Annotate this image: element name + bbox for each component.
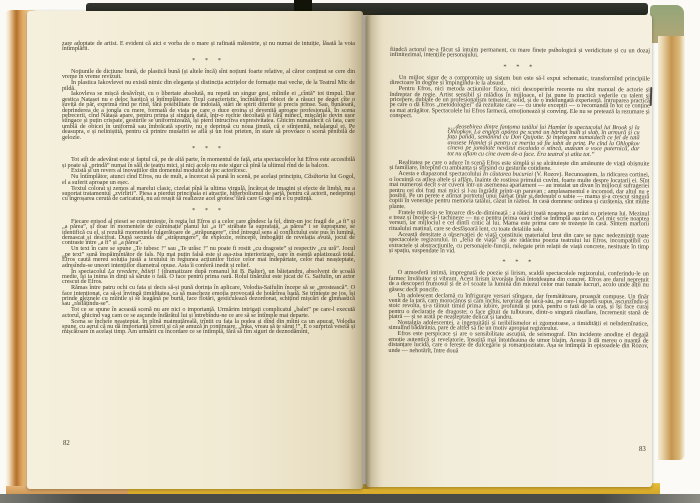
paragraph: Noțiunile de dicțiune bună, de plastică … bbox=[62, 69, 355, 80]
paragraph: Un adolescent declamă cu înfrigurare ver… bbox=[389, 293, 649, 321]
paragraph: Un text în care se spune „Te iubesc !” s… bbox=[62, 246, 355, 268]
page-number-right: 83 bbox=[639, 446, 646, 453]
page-right-text-column: fiindcă actorul ne-a făcut să intuim per… bbox=[388, 47, 650, 355]
paragraph: Tot atît de adevărat este și faptul că, … bbox=[62, 157, 355, 168]
margin-pen-mark bbox=[650, 87, 652, 106]
book-page-right: fiindcă actorul ne-a făcut să intuim per… bbox=[366, 15, 652, 487]
paragraph: Tot ce se spune în această scenă nu are … bbox=[62, 307, 355, 318]
paragraph-continuation: fiindcă actorul ne-a făcut să intuim per… bbox=[390, 47, 650, 59]
paragraph: În spectacolul La revedere, băieți ! (dr… bbox=[62, 269, 355, 285]
page-stack-right-edge bbox=[658, 36, 685, 460]
section-separator: * * * bbox=[62, 146, 355, 152]
text-run: (V. Rozov). Recunoaștem, la ridicarea co… bbox=[389, 171, 649, 210]
paragraph-continuation: zare adoptate de artist. E evident că ai… bbox=[62, 41, 355, 52]
book-cover-bottom-edge bbox=[0, 494, 700, 503]
page-number-left: 82 bbox=[63, 440, 70, 447]
book-page-left: zare adoptate de artist. E evident că ai… bbox=[27, 11, 363, 489]
section-separator: * * * bbox=[62, 58, 355, 64]
paragraph: Nu întîmplător, atunci cînd Efros, nu de… bbox=[62, 174, 355, 185]
paragraph: Rămas între patru ochi cu fata și decis … bbox=[62, 285, 355, 307]
paragraph: Scena se încheie neașteptat. În plină ma… bbox=[62, 319, 355, 335]
paragraph: Acesta e diapazonul spectacolului În cău… bbox=[389, 171, 649, 210]
paragraph: Efros este perspicace și are o sensibili… bbox=[388, 331, 648, 354]
paragraph: Iakovleva se mișcă desăvîrșit, cu o libe… bbox=[62, 91, 355, 140]
quote-text: „...deosebirea dintre fantoma tatălui lu… bbox=[447, 124, 639, 157]
italic-play-title: Căsătoria bbox=[304, 173, 328, 180]
section-separator: * * * bbox=[62, 208, 355, 214]
section-separator: * * * bbox=[390, 64, 650, 71]
page-left-text-column: zare adoptate de artist. E evident că ai… bbox=[62, 41, 355, 335]
paragraph: O atmosferă intimă, impregnată de poezie… bbox=[389, 270, 649, 293]
paragraph: Această densitate a observației de viață… bbox=[389, 232, 649, 255]
paragraph: Fiecare episod al piesei se construiește… bbox=[62, 219, 355, 246]
block-quote: „...deosebirea dintre fantoma tatălui lu… bbox=[447, 124, 639, 157]
section-separator: * * * bbox=[389, 259, 649, 266]
scanned-book-spread: zare adoptate de artist. E evident că ai… bbox=[0, 0, 700, 503]
paragraph: În plastica Iakovlevei nu există nimic d… bbox=[62, 80, 355, 91]
paragraph: Fratele mijlociu se întoarce dis-de-dimi… bbox=[389, 210, 649, 233]
paragraph: Textul colorat și zemos al marelui clasi… bbox=[62, 186, 355, 202]
paragraph: Pentru Efros, nici metoda acțiunilor fiz… bbox=[390, 86, 650, 120]
